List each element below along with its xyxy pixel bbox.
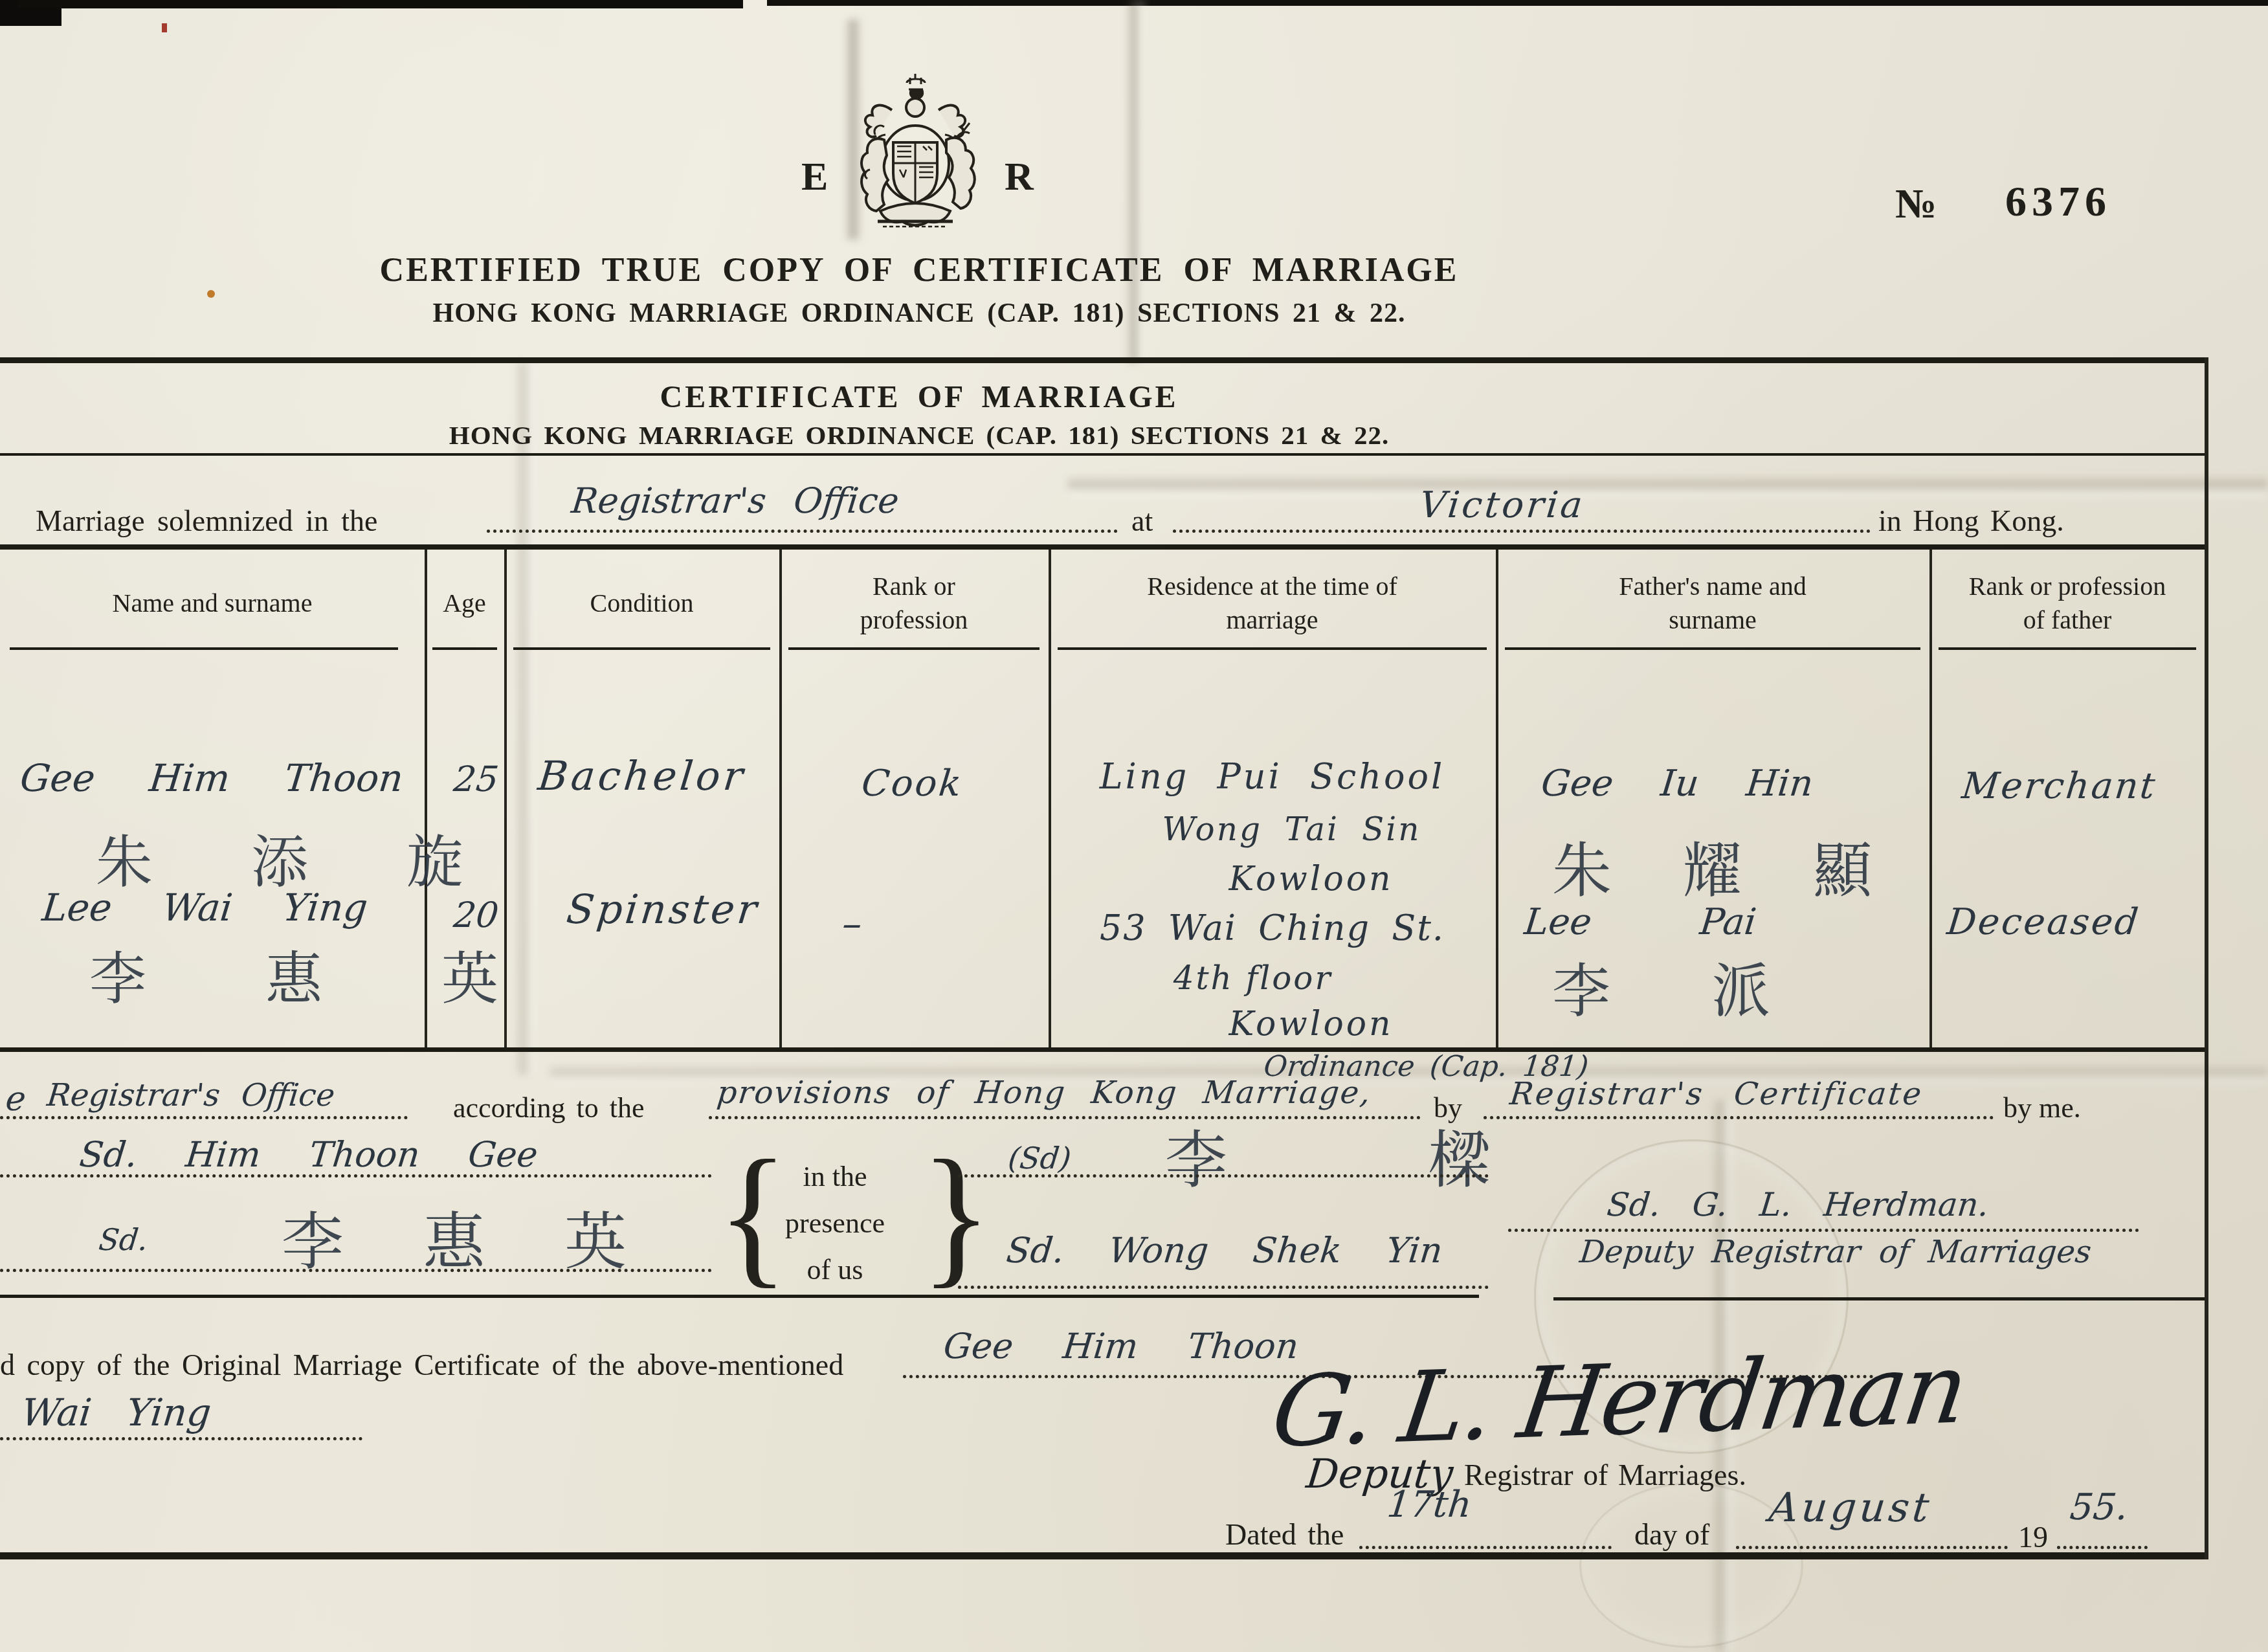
by-me-label: by me.	[2003, 1091, 2081, 1124]
certified-bride-name: Wai Ying	[19, 1390, 214, 1434]
registrar-title-handwriting: Deputy Registrar of Marriages	[1578, 1234, 2093, 1270]
document-subtitle: HONG KONG MARRIAGE ORDINANCE (CAP. 181) …	[272, 298, 1566, 329]
day-of-label: day of	[1634, 1517, 1709, 1552]
witness1-dotted-line	[958, 1174, 1489, 1178]
bride-name-chinese: 李 惠 英	[89, 933, 549, 1015]
witness1-chinese: 李 樑	[1165, 1111, 1581, 1200]
declaration-dotted-1	[0, 1116, 408, 1119]
certified-copy-label: d copy of the Original Marriage Certific…	[0, 1348, 843, 1382]
bride-residence-line-1: 53 Wai Ching St.	[1049, 908, 1496, 948]
witness2-signature: Sd. Wong Shek Yin	[1005, 1230, 1445, 1271]
header-residence: Residence at the time of marriage	[1049, 564, 1496, 642]
bride-residence-line-2: 4th floor	[1029, 959, 1476, 997]
table-top-rule	[0, 544, 2207, 550]
table-bottom-rule	[0, 1047, 2207, 1052]
dated-day-handwriting: 17th	[1385, 1484, 1474, 1526]
declaration-place-handwriting: Registrar's Office	[45, 1077, 337, 1113]
dated-month-handwriting: August	[1767, 1484, 1935, 1531]
section-divider-right	[1553, 1297, 2205, 1300]
territory-label: in Hong Kong.	[1878, 504, 2064, 538]
bride-rank-dash: –	[840, 901, 864, 946]
certificate-number-value: 6376	[2005, 177, 2111, 227]
registrar-of-marriages-label: Registrar of Marriages.	[1464, 1458, 1746, 1492]
bride-father-chinese: 李 派	[1552, 944, 1812, 1028]
header-underline-2	[432, 647, 497, 650]
dated-the-label: Dated the	[1225, 1517, 1344, 1552]
dated-month-dotted-line	[1736, 1546, 2008, 1549]
certificate-heading: CERTIFICATE OF MARRIAGE	[272, 379, 1566, 415]
header-underline-4	[788, 647, 1039, 650]
dated-year-dotted-line	[2057, 1546, 2148, 1549]
registrar-signature-sd: Sd. G. L. Herdman.	[1605, 1186, 1991, 1223]
witness2-dotted-line	[958, 1286, 1489, 1289]
royal-cipher-e: E	[801, 154, 828, 200]
bride-signature-sd: Sd.	[97, 1222, 150, 1257]
presence-line-2: presence	[764, 1207, 906, 1240]
solemnized-place-handwriting: Registrar's Office	[570, 480, 901, 521]
scan-edge-top-strip-2	[767, 0, 2268, 6]
certificate-subheading: HONG KONG MARRIAGE ORDINANCE (CAP. 181) …	[272, 419, 1566, 451]
header-underline-3	[513, 647, 770, 650]
header-rank-profession: Rank or profession	[779, 564, 1049, 642]
method-handwriting: Registrar's Certificate	[1508, 1076, 1925, 1112]
year-prefix-label: 19	[2018, 1520, 2048, 1554]
solemnized-location-handwriting: Victoria	[1417, 484, 1587, 526]
box-top-rule	[0, 357, 2207, 363]
registrar-large-signature: G. L. Herdman	[1265, 1332, 1972, 1469]
bride-condition: Spinster	[564, 886, 762, 933]
presence-line-3: of us	[764, 1253, 906, 1286]
box-right-border	[2205, 357, 2208, 1559]
header-underline-6	[1505, 647, 1920, 650]
solemnized-label: Marriage solemnized in the	[36, 504, 378, 538]
groom-signature-dotted-line	[0, 1174, 712, 1178]
header-underline-1	[10, 647, 398, 650]
groom-condition: Bachelor	[536, 752, 748, 799]
certified-bride-dotted-line	[0, 1437, 362, 1440]
certificate-number-label: №	[1895, 180, 1937, 228]
wrinkle-horizontal-upper	[1068, 476, 2268, 502]
dated-year-handwriting: 55.	[2068, 1486, 2130, 1528]
document-title: CERTIFIED TRUE COPY OF CERTIFICATE OF MA…	[272, 251, 1566, 289]
according-to-the-label: according to the	[453, 1091, 644, 1124]
declaration-left-fragment: e	[4, 1080, 28, 1119]
box-bottom-rule	[0, 1552, 2208, 1559]
witness1-sd: (Sd)	[1006, 1141, 1073, 1176]
bride-signature-dotted-line	[0, 1269, 712, 1272]
bride-age: 20	[452, 895, 500, 935]
groom-residence-line-3: Kowloon	[1087, 860, 1535, 899]
groom-rank: Cook	[860, 763, 965, 805]
groom-residence-line-1: Ling Pui School	[1049, 756, 1496, 797]
header-age: Age	[425, 564, 504, 642]
registrar-signature-dotted-line	[1508, 1229, 2139, 1232]
solemnized-place-dotted-line	[487, 530, 1118, 533]
header-father-name: Father's name and surname	[1496, 564, 1929, 642]
paper-speck-orange	[207, 290, 215, 298]
groom-age: 25	[452, 759, 500, 799]
bride-father-rank: Deceased	[1945, 901, 2142, 943]
bride-signature-chinese: 李 惠 英	[282, 1192, 656, 1281]
groom-signature: Sd. Him Thoon Gee	[78, 1134, 540, 1175]
bride-father-name: Lee Pai	[1522, 901, 1759, 943]
box-heading-divider	[0, 453, 2207, 456]
certified-groom-name: Gee Him Thoon	[942, 1326, 1300, 1367]
paper-speck-red	[162, 23, 167, 32]
brace-right: }	[920, 1137, 992, 1293]
royal-cipher-r: R	[1005, 154, 1034, 200]
bride-name: Lee Wai Ying	[40, 886, 370, 930]
header-name-surname: Name and surname	[0, 564, 425, 642]
groom-residence-line-2: Wong Tai Sin	[1068, 810, 1515, 848]
header-underline-7	[1939, 647, 2196, 650]
header-condition: Condition	[504, 564, 779, 642]
dated-day-dotted-line	[1359, 1546, 1612, 1549]
at-label: at	[1131, 504, 1153, 538]
groom-father-name: Gee Iu Hin	[1539, 763, 1815, 805]
scan-edge-top-strip-1	[18, 0, 743, 8]
royal-coat-of-arms	[847, 73, 984, 236]
bride-residence-line-3: Kowloon	[1087, 1005, 1535, 1044]
presence-line-1: in the	[764, 1160, 906, 1193]
groom-father-chinese: 朱 耀 顯	[1552, 823, 1898, 909]
header-father-rank: Rank or profession of father	[1929, 564, 2205, 642]
groom-father-rank: Merchant	[1960, 765, 2159, 807]
groom-name: Gee Him Thoon	[18, 756, 405, 800]
solemnized-location-dotted-line	[1173, 530, 1871, 533]
header-underline-5	[1058, 647, 1487, 650]
scanned-marriage-certificate: E R № 6376 CERTIFIED TRUE COPY OF CERTIF…	[0, 0, 2268, 1652]
